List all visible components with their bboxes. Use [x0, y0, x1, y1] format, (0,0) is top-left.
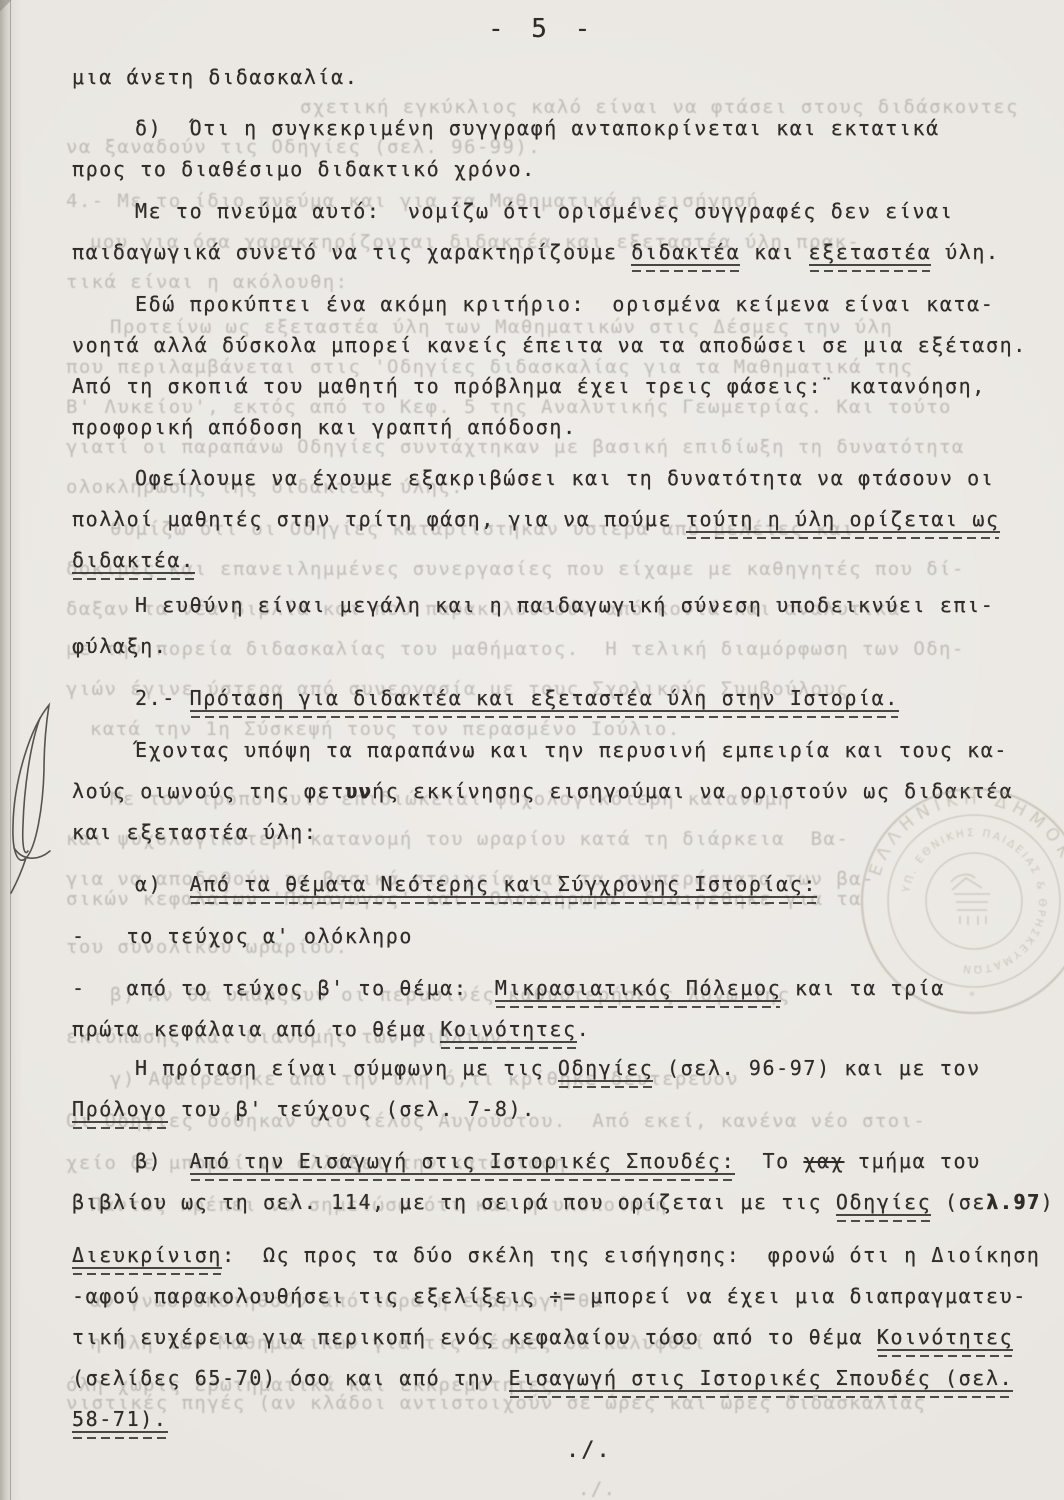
text-line: Διευκρίνιση: Ως προς τα δύο σκέλη της ει…	[72, 1240, 1041, 1270]
text-line: παιδαγωγικά συνετό να τις χαρακτηρίζουμε…	[72, 237, 1000, 267]
text-line: Οφείλουμε να έχουμε εξακριβώσει και τη δ…	[135, 463, 994, 493]
underlined-term: Από την Εισαγωγή στις Ιστορικές Σπουδές:	[190, 1149, 736, 1175]
text-line: Η πρόταση είναι σύμφωνη με τις Οδηγίες (…	[135, 1053, 981, 1083]
stamp-emblem	[951, 875, 990, 925]
text-line: μια άνετη διδασκαλία.	[72, 62, 358, 92]
text-run: Από τη σκοπιά του μαθητή το πρόβλημα έχε…	[72, 374, 986, 398]
underlined-term: Από τα θέματα Νεότερης και Σύγχρονης Ιστ…	[190, 872, 818, 898]
text-line: νοητά αλλά δύσκολα μπορεί κανείς έπειτα …	[72, 330, 1027, 360]
svg-text:ΥΠ. ΕΘΝΙΚΗΣ ΠΑΙΔΕΙΑΣ & ΘΡΗΣΚΕΥ: ΥΠ. ΕΘΝΙΚΗΣ ΠΑΙΔΕΙΑΣ & ΘΡΗΣΚΕΥΜΑΤΩΝ	[900, 827, 1048, 975]
text-line: προφορική απόδοση και γραπτή απόδοση.	[72, 412, 577, 442]
text-run: - από το τεύχος β' το θέμα:	[72, 976, 495, 1000]
text-run: Με το πνεύμα αυτό: νομίζω ότι ορισμένες …	[135, 199, 953, 223]
text-line: -αφού παρακολουθήσει τις εξελίξεις ÷= μπ…	[72, 1281, 1027, 1311]
bleedthrough-line: ./.	[578, 1478, 617, 1500]
text-run: ύλη.	[931, 240, 999, 264]
text-run: (σελ. 96-97) και με τον	[653, 1056, 980, 1080]
page-corner-shadow	[0, 0, 14, 14]
text-run: Έχοντας υπόψη τα παραπάνω και την περυσι…	[135, 738, 1008, 762]
text-run: μια άνετη διδασκαλία.	[72, 65, 358, 89]
text-run: .	[577, 1017, 591, 1041]
struck-text: χαχ	[803, 1149, 844, 1173]
text-line: διδακτέα.	[72, 545, 195, 575]
text-line: προς το διαθέσιμο διδακτικό χρόνο.	[72, 154, 536, 184]
underlined-term: Διευκρίνιση	[72, 1243, 222, 1269]
text-run: λ.97	[986, 1190, 1041, 1214]
text-run: β)	[135, 1149, 190, 1173]
text-run: 2.-	[135, 686, 190, 710]
text-run: -αφού παρακολουθήσει τις εξελίξεις ÷= μπ…	[72, 1284, 1027, 1308]
text-run: υν	[345, 779, 372, 803]
text-run: και	[740, 240, 808, 264]
underlined-term: 58-71).	[72, 1407, 168, 1433]
text-run: φύλαξη.	[72, 634, 168, 658]
underlined-term: Εισαγωγή στις Ιστορικές Σπουδές (σελ.	[509, 1366, 1014, 1392]
text-line: (σελίδες 65-70) όσο και από την Εισαγωγή…	[72, 1363, 1013, 1393]
stamp-inner-text: ΥΠ. ΕΘΝΙΚΗΣ ΠΑΙΔΕΙΑΣ & ΘΡΗΣΚΕΥΜΑΤΩΝ	[900, 827, 1048, 975]
text-run: Η ευθύνη είναι μεγάλη και η παιδαγωγική …	[135, 593, 994, 617]
continuation-mark: ./.	[566, 1438, 612, 1463]
bleedthrough-line: με την πορεία διδασκαλίας του μαθήματος.…	[66, 638, 965, 660]
text-line: β) Από την Εισαγωγή στις Ιστορικές Σπουδ…	[135, 1146, 981, 1176]
text-run: Οφείλουμε να έχουμε εξακριβώσει και τη δ…	[135, 466, 994, 490]
text-run: πρώτα κεφάλαια από το θέμα	[72, 1017, 440, 1041]
text-line: Έχοντας υπόψη τα παραπάνω και την περυσι…	[135, 735, 1008, 765]
underlined-term: τούτη η ύλη ορίζεται ως	[686, 507, 1000, 533]
text-line: Από τη σκοπιά του μαθητή το πρόβλημα έχε…	[72, 371, 986, 401]
text-line: πρώτα κεφάλαια από το θέμα Κοινότητες.	[72, 1014, 590, 1044]
text-line: Πρόλογο του β' τεύχους (σελ. 7-8).	[72, 1094, 536, 1124]
text-run: (σελίδες 65-70) όσο και από την	[72, 1366, 509, 1390]
official-stamp: ΕΛΛΗΝΙΚΗ ΔΗΜΟΚΡΑΤΙΑ ΥΠ. ΕΘΝΙΚΗΣ ΠΑΙΔΕΙΑΣ…	[856, 778, 1064, 1028]
scanned-page: - 5 - σχετική εγκύκλιος καλό είναι να φτ…	[0, 0, 1064, 1500]
text-run: (σε	[931, 1190, 986, 1214]
underlined-term: διδακτέα.	[72, 548, 195, 574]
page-number: - 5 -	[488, 14, 596, 44]
underlined-term: Πρόλογο	[72, 1097, 168, 1123]
text-line: δ) Ότι η συγκεκριμένη συγγραφή ανταποκρί…	[135, 113, 940, 143]
text-line: 58-71).	[72, 1404, 168, 1434]
text-run: Το	[735, 1149, 803, 1173]
underlined-term: Πρόταση για διδακτέα και εξεταστέα ύλη σ…	[190, 686, 899, 712]
underlined-term: Μικρασιατικός Πόλεμος	[495, 976, 781, 1002]
text-line: Εδώ προκύπτει ένα ακόμη κριτήριο: ορισμέ…	[135, 289, 994, 319]
underlined-term: Κοινότητες	[440, 1017, 576, 1043]
text-run: δ) Ότι η συγκεκριμένη συγγραφή ανταποκρί…	[135, 116, 940, 140]
underlined-term: εξεταστέα	[809, 240, 932, 266]
text-run: λούς οιωνούς της φετ	[72, 779, 345, 803]
underlined-term: Οδηγίες	[836, 1190, 932, 1216]
text-line: - από το τεύχος β' το θέμα: Μικρασιατικό…	[72, 973, 945, 1003]
text-run: βιβλίου ως τη σελ. 114, με τη σειρά που …	[72, 1190, 836, 1214]
text-run: τική ευχέρεια για περικοπή ενός κεφαλαίο…	[72, 1325, 877, 1349]
text-line: - το τεύχος α' ολόκληρο	[72, 921, 413, 951]
text-run: προφορική απόδοση και γραπτή απόδοση.	[72, 415, 577, 439]
text-run: παιδαγωγικά συνετό να τις χαρακτηρίζουμε	[72, 240, 631, 264]
text-run: πολλοί μαθητές στην τρίτη φάση, για να π…	[72, 507, 686, 531]
underlined-term: Οδηγίες	[558, 1056, 654, 1082]
underlined-term: Κοινότητες	[877, 1325, 1013, 1351]
text-line: βιβλίου ως τη σελ. 114, με τη σειρά που …	[72, 1187, 1054, 1217]
text-line: Με το πνεύμα αυτό: νομίζω ότι ορισμένες …	[135, 196, 953, 226]
text-run: Εδώ προκύπτει ένα ακόμη κριτήριο: ορισμέ…	[135, 292, 994, 316]
text-run: )	[1041, 1190, 1055, 1214]
pen-doodle	[4, 700, 66, 898]
text-run: : Ως προς τα δύο σκέλη της εισήγησης: φρ…	[222, 1243, 1040, 1267]
text-run: Η πρόταση είναι σύμφωνη με τις	[135, 1056, 558, 1080]
text-run: και εξεταστέα ύλη:	[72, 820, 318, 844]
text-run: τμήμα του	[844, 1149, 980, 1173]
bleedthrough-line: δοκιμές και επανειλημμένες συνεργασίες π…	[66, 558, 965, 580]
text-line: πολλοί μαθητές στην τρίτη φάση, για να π…	[72, 504, 1000, 534]
stamp-star: *	[969, 989, 975, 1003]
text-line: φύλαξη.	[72, 631, 168, 661]
text-run: νοητά αλλά δύσκολα μπορεί κανείς έπειτα …	[72, 333, 1027, 357]
underlined-term: διδακτέα	[631, 240, 740, 266]
text-run: - το τεύχος α' ολόκληρο	[72, 924, 413, 948]
text-line: α) Από τα θέματα Νεότερης και Σύγχρονης …	[135, 869, 817, 899]
text-line: και εξεταστέα ύλη:	[72, 817, 318, 847]
text-line: τική ευχέρεια για περικοπή ενός κεφαλαίο…	[72, 1322, 1013, 1352]
text-line: 2.- Πρόταση για διδακτέα και εξεταστέα ύ…	[135, 683, 899, 713]
text-run: α)	[135, 872, 190, 896]
text-run: του β' τεύχους (σελ. 7-8).	[168, 1097, 536, 1121]
text-line: Η ευθύνη είναι μεγάλη και η παιδαγωγική …	[135, 590, 994, 620]
text-run: προς το διαθέσιμο διδακτικό χρόνο.	[72, 157, 536, 181]
